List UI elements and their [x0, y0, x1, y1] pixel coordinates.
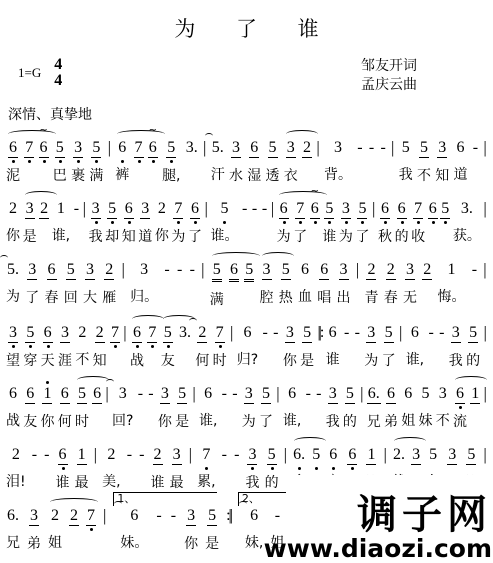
note-digit: 2. — [392, 446, 406, 464]
note-digit: 3 — [447, 446, 457, 465]
lyric-syllable: 何 — [195, 353, 209, 369]
dash-note: - — [438, 311, 445, 368]
barline: | — [83, 187, 86, 244]
jianpu-note: 6血 — [298, 248, 312, 305]
dash-note: - — [221, 433, 228, 490]
lyric-syllable: 衣 — [284, 168, 298, 184]
watermark-site-url: www.diaozi.com — [264, 536, 492, 561]
jianpu-note: 6 — [92, 372, 102, 430]
note-digit: 6 — [456, 139, 466, 157]
note-digit: - — [233, 446, 240, 464]
lyric-syllable: 巴 — [53, 168, 67, 184]
note-digit: 5 — [419, 139, 429, 158]
jianpu-note: 3了 — [25, 248, 39, 306]
lyric-syllable: 了 — [259, 414, 273, 430]
jianpu-note: 2 — [302, 126, 312, 184]
lyric-syllable: 归? — [237, 352, 258, 368]
note-digit: 6 — [203, 385, 213, 403]
jianpu-note: 5友 — [161, 311, 175, 369]
note-digit: 1 — [446, 261, 456, 279]
note-digit: 6 — [124, 200, 134, 219]
note-digit: 3 — [172, 446, 182, 465]
octave-dot-low — [170, 160, 173, 163]
jianpu-note: 3水 — [229, 126, 243, 184]
octave-dot-low — [151, 345, 154, 348]
note-digit: 6 — [455, 385, 465, 404]
jianpu-note: 2泪! — [6, 433, 26, 490]
note-digit: 6 — [25, 385, 35, 404]
note-digit: - — [274, 507, 281, 525]
note-digit: 1 — [77, 446, 87, 465]
lyric-syllable: 唱 — [317, 290, 331, 306]
octave-dot-low — [28, 160, 31, 163]
tie-icon — [205, 133, 213, 139]
jianpu-note: 1最 — [75, 433, 89, 491]
lyric-syllable: 湿 — [247, 168, 261, 184]
jianpu-note: 6天 — [41, 311, 55, 369]
note-digit: - — [231, 385, 238, 403]
jianpu-note: 5时 — [75, 372, 89, 430]
jianpu-note: 7 — [134, 126, 144, 184]
jianpu-note: 6 — [428, 187, 438, 245]
note-digit: - — [43, 446, 50, 464]
note-digit: | — [276, 385, 279, 403]
note-digit: 6 — [380, 200, 390, 219]
note-digit: 3 — [328, 385, 338, 404]
jianpu-note: 3道 — [138, 187, 152, 245]
octave-dot-low — [95, 221, 98, 224]
note-digit: 2 — [50, 507, 60, 525]
note-digit: 3 — [186, 507, 196, 526]
note-digit: 5 — [177, 385, 187, 404]
jianpu-note: 6泥 — [6, 126, 20, 184]
jianpu-note: 3裹 — [71, 126, 85, 184]
octave-dot-low — [47, 345, 50, 348]
lyric-syllable: 回 — [64, 290, 78, 306]
jianpu-note: 5回 — [64, 248, 78, 306]
note-digit: 2 — [153, 446, 163, 465]
dash-note: - — [43, 433, 50, 490]
time-signature-denominator: 4 — [54, 73, 62, 89]
note-digit: 6 — [428, 200, 438, 219]
note-digit: 5 — [244, 261, 254, 282]
note-digit: | — [360, 385, 363, 403]
jianpu-note: 6流 — [453, 372, 467, 430]
jianpu-note: 5穿 — [23, 311, 37, 369]
octave-dot-low — [62, 467, 65, 470]
octave-dot-low — [219, 345, 222, 348]
jianpu-note: 5.汗 — [211, 126, 225, 183]
note-digit: 1 — [366, 446, 376, 465]
note-digit: 2 — [366, 261, 376, 280]
note-digit: 5 — [91, 139, 101, 158]
note-digit: 7 — [201, 446, 211, 464]
note-digit: :|| — [226, 507, 231, 525]
jianpu-note: 6妹, — [245, 494, 263, 551]
octave-dot-low — [114, 345, 117, 348]
note-digit: 2 — [8, 200, 18, 218]
note-digit: 6 — [403, 385, 413, 403]
note-digit: | — [316, 139, 319, 157]
lyric-syllable: 累, — [197, 474, 215, 490]
lyric-syllable: 归。 — [130, 289, 158, 305]
lyric-syllable: 兄 — [6, 535, 20, 551]
barline: | — [94, 433, 97, 490]
jianpu-note: 2 — [69, 494, 79, 552]
note-digit: 5 — [77, 385, 87, 404]
dash-note: - — [272, 311, 279, 368]
octave-dot-low — [77, 160, 80, 163]
jianpu-note: 2 — [422, 248, 432, 306]
jianpu-note: 5了 — [355, 187, 369, 245]
lyric-syllable: 腔 — [260, 290, 274, 306]
note-digit: - — [137, 385, 144, 403]
note-digit: 3 — [29, 507, 39, 526]
dash-note: - — [73, 187, 80, 244]
note-digit: 5. — [211, 139, 225, 157]
time-signature: 4 4 — [54, 57, 62, 89]
note-digit: ||: — [317, 324, 322, 342]
lyric-syllable: 的 — [265, 475, 279, 491]
lyric-syllable: 汗 — [211, 167, 225, 183]
lyric-syllable: 却 — [105, 229, 119, 245]
lyric-syllable: 是 — [205, 536, 219, 552]
note-digit: 3 — [140, 200, 150, 219]
note-digit: | — [189, 446, 192, 464]
note-digit: - — [427, 324, 434, 342]
note-digit: - — [305, 385, 312, 403]
jianpu-note: 5热 — [279, 248, 293, 306]
note-digit: 6 — [190, 200, 200, 219]
note-digit: | — [271, 200, 274, 218]
dash-note: - — [221, 372, 228, 429]
jianpu-note: 5了 — [259, 372, 273, 430]
lyric-syllable: 不 — [75, 352, 89, 368]
jianpu-note: 3你 — [283, 311, 297, 369]
note-digit: - — [147, 385, 154, 403]
jianpu-note: 5 — [440, 187, 450, 245]
jianpu-note: 2春 — [384, 248, 398, 306]
lyric-syllable: 的 — [343, 414, 357, 430]
octave-dot-low — [432, 221, 435, 224]
lyric-syllable: 收 — [411, 229, 425, 245]
dash-note: - — [126, 433, 133, 490]
barline: | — [483, 311, 486, 368]
dash-note: - — [356, 126, 363, 183]
note-digit: 6 — [249, 507, 259, 525]
lyric-syllable: 知 — [93, 353, 107, 369]
note-digit: - — [315, 385, 322, 403]
note-digit: - — [272, 324, 279, 342]
jianpu-note: 6谁, — [406, 311, 424, 368]
note-digit: 7 — [295, 200, 305, 219]
octave-dot-low — [138, 160, 141, 163]
lyric-syllable: 妹。 — [120, 535, 148, 551]
octave-dot-low — [43, 160, 46, 163]
lyric-syllable: 友 — [23, 414, 37, 430]
note-digit: 3 — [73, 139, 83, 158]
note-digit: 6 — [132, 324, 142, 343]
note-digit: | — [108, 139, 111, 157]
lyric-syllable: 谁。 — [210, 228, 238, 244]
note-digit: 3 — [411, 446, 421, 465]
jianpu-note: 6为 — [277, 187, 291, 245]
note-digit: 2 — [69, 507, 79, 526]
lyric-syllable: 泪! — [6, 474, 26, 490]
jianpu-note: 5谁。 — [210, 187, 238, 244]
jianpu-note: 3不 — [436, 372, 450, 429]
lyric-syllable: 知 — [435, 168, 449, 184]
jianpu-note: 2你 — [6, 187, 20, 244]
jianpu-note: 1谁, — [52, 187, 70, 244]
lyric-syllable: 你 — [283, 353, 297, 369]
lyric-syllable: 不 — [436, 413, 450, 429]
jianpu-note: 3.获。 — [453, 187, 481, 244]
jianpu-note: 2谁 — [151, 433, 165, 491]
jianpu-note: 6裤 — [115, 126, 129, 183]
tie-icon — [0, 255, 8, 261]
jianpu-note: 6秋 — [378, 187, 392, 245]
note-digit: | — [192, 385, 195, 403]
jianpu-note: 3衣 — [284, 126, 298, 184]
dash-note: - — [31, 433, 38, 490]
note-digit: 5 — [468, 324, 478, 343]
barline: | — [123, 311, 126, 368]
note-digit: - — [221, 385, 228, 403]
note-digit: 5 — [166, 139, 176, 158]
jianpu-note: 7 — [147, 311, 157, 369]
note-digit: 3 — [118, 385, 128, 403]
jianpu-note: 6~ — [148, 126, 158, 184]
lyric-syllable: 满 — [89, 168, 103, 184]
lyric-syllable: 背。 — [324, 167, 352, 183]
jianpu-note: 1你 — [40, 372, 54, 430]
note-digit: 5 — [421, 385, 431, 403]
octave-dot-high — [46, 381, 49, 384]
note-digit: 5 — [428, 446, 438, 464]
dash-note: - — [262, 311, 269, 368]
watermark: 调子网 www.diaozi.com — [286, 475, 493, 563]
note-digit: - — [170, 507, 177, 525]
barline: | — [483, 372, 486, 429]
note-digit: 3 — [27, 261, 37, 280]
octave-dot-low — [332, 467, 335, 470]
song-title: 为 了 谁 — [0, 0, 493, 43]
note-digit: 3 — [451, 324, 461, 343]
jianpu-note: 6唱 — [317, 248, 331, 306]
barline: | — [483, 248, 486, 305]
lyric-syllable: 为 — [171, 229, 185, 245]
barline: | — [360, 372, 363, 429]
note-digit: 3 — [341, 200, 351, 219]
note-digit: 5 — [267, 446, 277, 465]
lyric-syllable: 不 — [417, 168, 431, 184]
lyric-syllable: 是 — [23, 229, 37, 245]
note-digit: 3. — [185, 139, 199, 157]
note-digit: | — [483, 446, 486, 464]
lyric-syllable: 了 — [188, 229, 202, 245]
jianpu-note: 6.兄 — [6, 494, 20, 551]
repeat-start: ||: — [317, 311, 322, 368]
lyric-syllable: 为 — [277, 229, 291, 245]
jianpu-note: 2你 — [155, 187, 169, 244]
note-digit: 6 — [39, 139, 49, 158]
octave-dot-low — [459, 406, 462, 409]
dash-note: - — [170, 494, 177, 551]
jianpu-note: 1悔。 — [437, 248, 465, 305]
note-digit: 6 — [129, 507, 139, 525]
jianpu-note: 6~ — [39, 126, 49, 184]
note-digit: 6 — [328, 324, 338, 342]
note-digit: 3 — [285, 324, 295, 343]
lyric-syllable: 最 — [170, 475, 184, 491]
lyric-syllable: 了 — [293, 229, 307, 245]
lyric-syllable: 弟 — [27, 536, 41, 552]
lyric-syllable: 秋 — [378, 229, 392, 245]
lyricist-credit: 邹友开词 — [361, 57, 417, 76]
mordent-icon: ~ — [311, 187, 319, 197]
jianpu-note: 3我 — [89, 187, 103, 245]
credits: 邹友开词 孟庆云曲 — [361, 57, 417, 95]
jianpu-note: 6春 — [45, 248, 59, 306]
dash-note: - — [305, 372, 312, 429]
lyric-syllable: 血 — [298, 289, 312, 305]
note-digit: 7 — [173, 200, 183, 219]
lyric-syllable: 无 — [403, 290, 417, 306]
note-digit: 3. — [178, 324, 192, 342]
jianpu-note: 7 — [110, 311, 120, 369]
note-digit: 5 — [302, 324, 312, 343]
note-digit: 5. — [6, 261, 20, 279]
lyric-syllable: 了 — [355, 229, 369, 245]
barline: | — [356, 248, 359, 305]
note-digit: 3 — [405, 261, 415, 280]
lyric-syllable: 大 — [83, 290, 97, 306]
jianpu-note: 6知 — [122, 187, 136, 245]
note-digit: 6 — [397, 200, 407, 219]
note-digit: | — [384, 446, 387, 464]
note-digit: | — [94, 446, 97, 464]
composer-credit: 孟庆云曲 — [361, 76, 417, 95]
barline: | — [276, 372, 279, 429]
lyric-syllable: 妹 — [419, 413, 433, 429]
lyric-syllable: 了 — [25, 290, 39, 306]
lyric-syllable: 我 — [326, 414, 340, 430]
note-digit: | — [103, 507, 106, 525]
lyric-syllable: 知 — [122, 229, 136, 245]
lyric-syllable: 姐 — [48, 535, 62, 551]
lyric-syllable: 涯 — [58, 353, 72, 369]
barline: | — [205, 187, 208, 244]
note-digit: 1 — [470, 385, 480, 404]
note-digit: - — [368, 139, 375, 157]
note-digit: 5 — [25, 324, 35, 343]
tie-icon — [189, 318, 197, 324]
note-digit: - — [356, 139, 363, 157]
note-digit: 5 — [212, 261, 222, 282]
jianpu-note: 5我 — [399, 126, 413, 183]
octave-dot-low — [417, 221, 420, 224]
jianpu-note: 3回? — [112, 372, 133, 429]
note-digit: 7 — [147, 324, 157, 343]
jianpu-note: 3无 — [403, 248, 417, 306]
octave-dot-low — [223, 221, 226, 224]
octave-dot-low — [361, 221, 364, 224]
octave-dot-low — [298, 467, 301, 470]
lyric-syllable: 道 — [138, 229, 152, 245]
jianpu-note: 3知 — [435, 126, 449, 184]
lyric-syllable: 谁 — [56, 475, 70, 491]
note-digit: 6 — [386, 385, 396, 404]
note-digit: 2 — [95, 324, 105, 343]
note-digit: 6. — [6, 507, 20, 525]
note-digit: - — [176, 261, 183, 279]
barline: | — [372, 187, 375, 244]
jianpu-note: 7收 — [411, 187, 425, 245]
octave-dot-low — [444, 221, 447, 224]
octave-dot-low — [177, 221, 180, 224]
note-digit: 6 — [58, 446, 68, 465]
jianpu-note: 3为 — [339, 187, 353, 245]
mordent-icon: ~ — [149, 126, 157, 136]
jianpu-note: 6~ — [310, 187, 320, 245]
lyric-syllable: 热 — [279, 290, 293, 306]
key-signature: 1=G — [18, 65, 41, 81]
lyric-syllable: 泥 — [6, 168, 20, 184]
jianpu-note: 6战 — [6, 372, 20, 429]
jianpu-note: 5谁 — [322, 187, 336, 245]
mordent-icon: ~ — [39, 126, 47, 136]
jianpu-note: 6湿 — [247, 126, 261, 184]
barline: | — [483, 126, 486, 183]
lyric-syllable: 我 — [245, 475, 259, 491]
note-digit: - — [155, 507, 162, 525]
jianpu-note: 5的 — [265, 433, 279, 491]
jianpu-note: 6弟 — [384, 372, 398, 430]
jianpu-note: 2不 — [75, 311, 89, 368]
note-digit: - — [438, 324, 445, 342]
jianpu-note: 3涯 — [58, 311, 72, 369]
octave-dot-low — [205, 467, 208, 470]
key-time-group: 1=G 4 4 — [18, 57, 62, 89]
note-digit: 6 — [47, 261, 57, 280]
note-digit: | — [391, 139, 394, 157]
jianpu-note: 3我 — [326, 372, 340, 430]
jianpu-note: 2姐 — [48, 494, 62, 551]
note-digit: 6 — [410, 324, 420, 342]
jianpu-note: 5妹 — [419, 372, 433, 429]
dash-note: - — [472, 126, 479, 183]
note-digit: - — [241, 200, 248, 218]
note-digit: 7 — [86, 507, 96, 526]
octave-dot-low — [328, 221, 331, 224]
jianpu-note: 5却 — [105, 187, 119, 245]
jianpu-note: 5巴 — [53, 126, 67, 184]
octave-dot-low — [90, 528, 93, 531]
note-digit: 3 — [244, 385, 254, 404]
jianpu-note: 6 — [229, 248, 239, 308]
note-digit: - — [31, 446, 38, 464]
jianpu-note: 6姐 — [401, 372, 415, 429]
note-digit: 6 — [310, 200, 320, 219]
octave-dot-low — [299, 221, 302, 224]
jianpu-note: 3出 — [337, 248, 351, 306]
octave-dot-low — [95, 160, 98, 163]
note-digit: 6 — [60, 385, 70, 404]
lyric-syllable: 何 — [58, 414, 72, 430]
dash-note: - — [138, 433, 145, 490]
lyric-syllable: 青 — [364, 290, 378, 306]
